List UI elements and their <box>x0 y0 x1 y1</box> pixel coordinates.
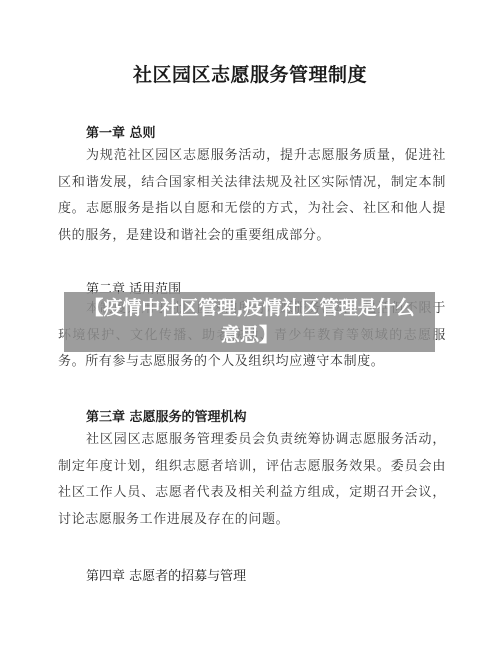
chapter-3-heading: 第三章 志愿服务的管理机构 <box>86 406 247 425</box>
chapter-4-heading: 第四章 志愿者的招募与管理 <box>86 565 246 584</box>
overlay-title-banner: 【疫情中社区管理,疫情社区管理是什么意思】 <box>64 292 435 352</box>
chapter-1-paragraph-2: 志愿服务是指以自愿和无偿的方式，为社会、社区和他人提供的服务，是建设和谐社会的重… <box>58 196 446 249</box>
document-title: 社区园区志愿服务管理制度 <box>0 60 500 87</box>
chapter-3-paragraph-1: 社区园区志愿服务管理委员会负责统筹协调志愿服务活动，制定年度计划，组织志愿者培训… <box>58 427 446 533</box>
chapter-1-heading: 第一章 总则 <box>86 122 156 141</box>
overlay-title-text: 【疫情中社区管理,疫情社区管理是什么意思】 <box>80 295 420 349</box>
